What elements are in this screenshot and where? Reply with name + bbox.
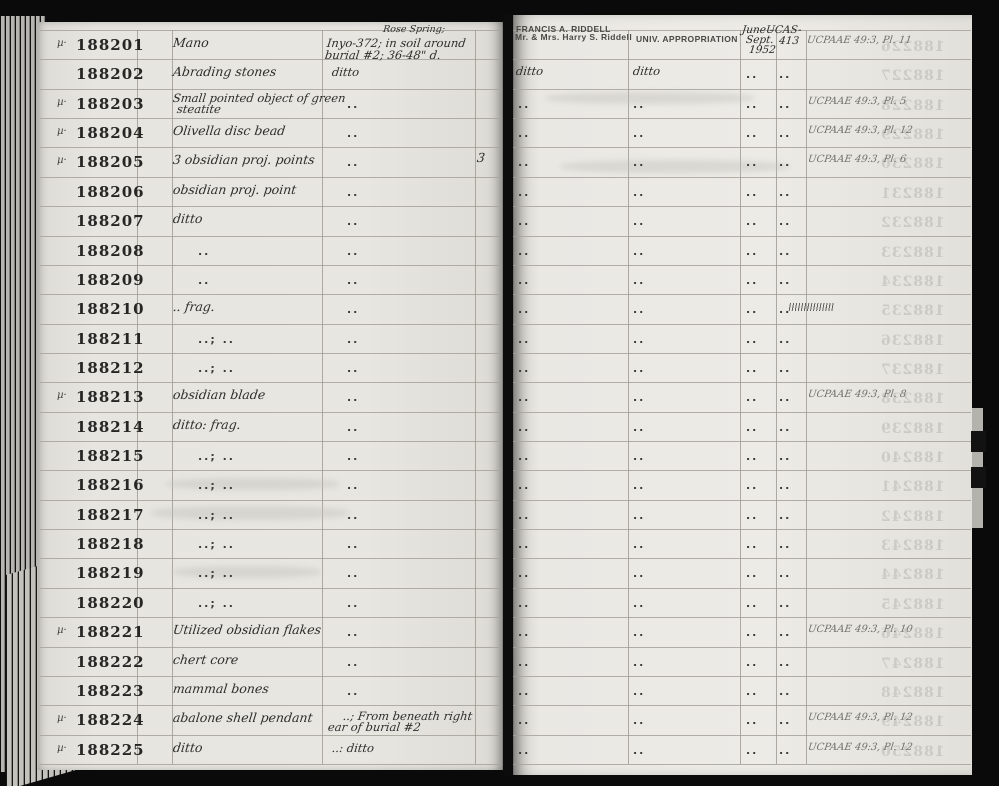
publication-ref: UCPAAE 49:3, Pl. 12 <box>807 712 913 723</box>
fund-ditto: .. <box>633 656 645 669</box>
date-ditto: .. <box>746 303 758 316</box>
date-ditto: .. <box>746 215 758 228</box>
collector-ditto: .. <box>518 597 530 610</box>
provenance: ..: ditto <box>331 741 375 755</box>
ledger-rule-line <box>40 147 502 148</box>
date-ditto: .. <box>746 391 758 404</box>
catalog-number: 188216 <box>76 476 145 494</box>
ucas-ditto: .. <box>779 597 791 610</box>
catalog-number: 188211 <box>76 330 145 348</box>
date-ditto: .. <box>746 186 758 199</box>
bleed-through-number: 188232 <box>880 215 944 231</box>
date-ditto: .. <box>746 421 758 434</box>
provenance-ditto: .. <box>347 421 359 434</box>
ledger-rule-line <box>513 294 971 295</box>
ledger-column-line <box>628 30 629 764</box>
item-description-ditto: ..; .. <box>198 509 235 522</box>
item-description-ditto: .. <box>198 245 210 258</box>
ucas-ditto: .. <box>779 509 791 522</box>
ucas-number-line2: 413 <box>778 35 800 47</box>
ledger-rule-line <box>40 324 502 325</box>
collector-ditto: ditto <box>515 64 544 78</box>
bleed-through-smudge <box>165 478 340 490</box>
item-description-ditto: ..; .. <box>198 479 235 492</box>
provenance-ditto: .. <box>347 626 359 639</box>
item-description: Mano <box>172 35 210 50</box>
date-ditto: .. <box>746 479 758 492</box>
ledger-rule-line <box>513 705 971 706</box>
date-ditto: .. <box>746 333 758 346</box>
publication-ref: UCPAAE 49:3, Pl. 10 <box>807 624 913 635</box>
bleed-through-number: 188248 <box>880 685 944 701</box>
publication-ref: UCPAAE 49:3, Pl. 5 <box>807 96 907 107</box>
ledger-column-line <box>740 30 741 764</box>
date-ditto: .. <box>746 245 758 258</box>
publication-ref: UCPAAE 49:3, Pl. 6 <box>807 154 907 165</box>
ledger-column-line <box>776 30 777 764</box>
item-description: Abrading stones <box>172 64 277 79</box>
ledger-rule-line <box>513 735 971 736</box>
publication-ref: UCPAAE 49:3, Pl. 12 <box>807 742 913 753</box>
ucas-ditto: .. <box>779 714 791 727</box>
provenance-ditto: .. <box>347 450 359 463</box>
check-mark: µ· <box>57 390 67 401</box>
provenance-ditto: .. <box>347 391 359 404</box>
ledger-rule-line <box>513 500 971 501</box>
ucas-ditto: .. <box>779 127 791 140</box>
date-ditto: .. <box>746 156 758 169</box>
fund-ditto: .. <box>633 538 645 551</box>
collector-ditto: .. <box>518 215 530 228</box>
ledger-rule-line <box>513 764 971 765</box>
bleed-through-number: 188239 <box>880 421 944 437</box>
check-mark: µ· <box>57 743 67 754</box>
scratched-out-entry <box>788 303 834 311</box>
ledger-rule-line <box>513 265 971 266</box>
date-ditto: .. <box>746 656 758 669</box>
item-description: abalone shell pendant <box>172 710 314 725</box>
publication-ref: UCPAAE 49:3, Pl. 8 <box>807 389 907 400</box>
ledger-rule-line <box>513 647 971 648</box>
provenance-ditto: .. <box>347 303 359 316</box>
provenance-ditto: .. <box>347 98 359 111</box>
catalog-number: 188201 <box>76 36 145 54</box>
fund-ditto: .. <box>633 303 645 316</box>
collector-ditto: .. <box>518 744 530 757</box>
catalog-number: 188224 <box>76 711 145 729</box>
provenance-ditto: .. <box>347 245 359 258</box>
catalog-number: 188205 <box>76 153 145 171</box>
ledger-rule-line <box>40 764 502 765</box>
provenance-ditto: .. <box>347 509 359 522</box>
collector-ditto: .. <box>518 391 530 404</box>
fund-ditto: .. <box>633 391 645 404</box>
bleed-through-number: 188247 <box>880 656 944 672</box>
ledger-rule-line <box>40 647 502 648</box>
item-description: mammal bones <box>172 681 270 696</box>
collector-stamp-line2: Mr. & Mrs. Harry S. Riddell <box>515 32 632 42</box>
bleed-through-smudge <box>150 506 350 520</box>
item-description: ditto <box>172 740 203 755</box>
ledger-rule-line <box>40 294 502 295</box>
ledger-rule-line <box>513 324 971 325</box>
ucas-ditto: .. <box>779 186 791 199</box>
collector-ditto: .. <box>518 362 530 375</box>
check-mark: µ· <box>57 38 67 49</box>
item-description-ditto: ..; .. <box>198 538 235 551</box>
fund-ditto: .. <box>633 567 645 580</box>
catalog-number: 188210 <box>76 300 145 318</box>
ledger-rule-line <box>513 617 971 618</box>
catalog-number: 188223 <box>76 682 145 700</box>
item-description: Olivella disc bead <box>172 123 286 138</box>
collector-ditto: .. <box>518 98 530 111</box>
item-description-ditto: ..; .. <box>198 362 235 375</box>
ledger-rule-line <box>40 441 502 442</box>
ledger-rule-line <box>513 353 971 354</box>
item-description-ditto: ..; .. <box>198 597 235 610</box>
fund-ditto: .. <box>633 685 645 698</box>
ucas-ditto: .. <box>779 626 791 639</box>
catalog-number: 188212 <box>76 359 145 377</box>
ledger-rule-line <box>40 382 502 383</box>
bleed-through-number: 188237 <box>880 362 944 378</box>
item-description: 3 obsidian proj. points <box>172 152 316 167</box>
ucas-ditto: .. <box>779 333 791 346</box>
collector-ditto: .. <box>518 509 530 522</box>
item-description: Utilized obsidian flakes <box>172 622 322 637</box>
fund-ditto: .. <box>633 245 645 258</box>
collector-ditto: .. <box>518 626 530 639</box>
bleed-through-number: 188234 <box>880 274 944 290</box>
provenance-ditto: .. <box>347 333 359 346</box>
provenance-ditto: .. <box>347 362 359 375</box>
date-ditto: .. <box>746 127 758 140</box>
fund-ditto: .. <box>633 333 645 346</box>
bleed-through-number: 188231 <box>880 186 944 202</box>
publication-ref: UCPAAE 49:3, Pl. 11 <box>806 35 912 46</box>
ledger-rule-line <box>513 676 971 677</box>
ledger-rule-line <box>513 206 971 207</box>
ledger-rule-line <box>40 236 502 237</box>
provenance-line2: burial #2; 36-48" d. <box>324 48 441 62</box>
item-description-ditto: ..; .. <box>198 333 235 346</box>
fund-ditto: .. <box>633 479 645 492</box>
item-description: ditto <box>172 211 203 226</box>
check-mark: µ· <box>57 625 67 636</box>
date-ditto: .. <box>746 744 758 757</box>
fund-ditto: .. <box>633 156 645 169</box>
provenance-ditto: .. <box>347 156 359 169</box>
date-ditto: .. <box>746 567 758 580</box>
catalog-number: 188225 <box>76 741 145 759</box>
date-ditto: .. <box>746 509 758 522</box>
collector-ditto: .. <box>518 186 530 199</box>
collector-ditto: .. <box>518 127 530 140</box>
fund-ditto: .. <box>633 744 645 757</box>
catalog-number: 188209 <box>76 271 145 289</box>
ledger-rule-line <box>513 558 971 559</box>
bleed-through-number: 188244 <box>880 567 944 583</box>
ledger-rule-line <box>40 588 502 589</box>
item-description: obsidian blade <box>172 387 266 402</box>
ledger-rule-line <box>40 705 502 706</box>
bleed-through-number: 188236 <box>880 333 944 349</box>
provenance-ditto: .. <box>347 274 359 287</box>
fund-ditto: .. <box>633 450 645 463</box>
ledger-rule-line <box>40 558 502 559</box>
check-mark: µ· <box>57 97 67 108</box>
binding-tab <box>971 431 986 452</box>
catalog-number: 188215 <box>76 447 145 465</box>
provenance-ditto: .. <box>347 127 359 140</box>
catalog-number: 188218 <box>76 535 145 553</box>
ucas-ditto: .. <box>779 245 791 258</box>
collector-ditto: .. <box>518 303 530 316</box>
fund-ditto: .. <box>633 274 645 287</box>
check-mark: µ· <box>57 126 67 137</box>
date-ditto: .. <box>746 274 758 287</box>
provenance-ditto: .. <box>347 656 359 669</box>
catalog-number: 188203 <box>76 95 145 113</box>
collector-ditto: .. <box>518 421 530 434</box>
provenance-ditto: .. <box>347 685 359 698</box>
ucas-ditto: .. <box>779 391 791 404</box>
fund-ditto: .. <box>633 186 645 199</box>
ledger-rule-line <box>40 735 502 736</box>
provenance-line2: ear of burial #2 <box>327 720 421 734</box>
fund-ditto: .. <box>633 215 645 228</box>
fund-ditto: ditto <box>632 64 661 78</box>
ledger-column-line <box>322 30 323 764</box>
bleed-through-smudge <box>172 566 322 578</box>
collector-ditto: .. <box>518 156 530 169</box>
ucas-ditto: .. <box>779 98 791 111</box>
page-gutter <box>502 14 514 776</box>
date-ditto: .. <box>746 362 758 375</box>
ucas-ditto: .. <box>779 68 791 81</box>
provenance-note: Rose Spring; <box>382 24 445 35</box>
item-description: chert core <box>172 652 239 667</box>
catalog-number: 188217 <box>76 506 145 524</box>
bleed-through-number: 188242 <box>880 509 944 525</box>
ledger-rule-line <box>40 265 502 266</box>
bleed-through-number: 188240 <box>880 450 944 466</box>
ucas-ditto: .. <box>779 156 791 169</box>
catalog-number: 188213 <box>76 388 145 406</box>
item-description: obsidian proj. point <box>172 182 297 197</box>
ledger-rule-line <box>40 500 502 501</box>
date-ditto: .. <box>746 538 758 551</box>
bleed-through-smudge <box>545 92 755 104</box>
catalog-number: 188202 <box>76 65 145 83</box>
item-description-line2: steatite <box>176 102 222 116</box>
ledger-rule-line <box>40 118 502 119</box>
ucas-ditto: .. <box>779 567 791 580</box>
fund-ditto: .. <box>633 362 645 375</box>
fund-ditto: .. <box>633 714 645 727</box>
date-ditto: .. <box>746 685 758 698</box>
publication-ref: UCPAAE 49:3, Pl. 12 <box>807 125 913 136</box>
ledger-scan: µ·188201ManoRose Spring;Inyo-372; in soi… <box>0 0 999 786</box>
provenance-ditto: .. <box>347 215 359 228</box>
item-description-ditto: .. <box>198 274 210 287</box>
ledger-rule-line <box>513 441 971 442</box>
catalog-number: 188220 <box>76 594 145 612</box>
ucas-ditto: .. <box>779 215 791 228</box>
item-description-ditto: ..; .. <box>198 450 235 463</box>
ucas-ditto: .. <box>779 450 791 463</box>
date-ditto: .. <box>746 68 758 81</box>
fund-ditto: .. <box>633 127 645 140</box>
catalog-number: 188207 <box>76 212 145 230</box>
collector-ditto: .. <box>518 685 530 698</box>
item-description-ditto: ..; .. <box>198 567 235 580</box>
provenance-ditto: .. <box>347 186 359 199</box>
collector-ditto: .. <box>518 333 530 346</box>
ledger-rule-line <box>513 529 971 530</box>
bleed-through-number: 188235 <box>880 303 944 319</box>
date-ditto: .. <box>746 450 758 463</box>
ledger-rule-line <box>513 382 971 383</box>
date-ditto: .. <box>746 714 758 727</box>
ledger-rule-line <box>513 177 971 178</box>
check-mark: µ· <box>57 155 67 166</box>
collector-ditto: .. <box>518 656 530 669</box>
date-line3: 1952 <box>748 44 776 56</box>
bleed-through-number: 188241 <box>880 479 944 495</box>
ledger-rule-line <box>513 118 971 119</box>
check-mark: µ· <box>57 713 67 724</box>
ledger-rule-line <box>40 529 502 530</box>
ledger-rule-line <box>40 412 502 413</box>
ledger-rule-line <box>40 89 502 90</box>
fund-ditto: .. <box>633 597 645 610</box>
ledger-rule-line <box>513 89 971 90</box>
provenance-ditto: .. <box>347 479 359 492</box>
bleed-through-number: 188233 <box>880 245 944 261</box>
date-ditto: .. <box>746 626 758 639</box>
ledger-rule-line <box>513 412 971 413</box>
catalog-number: 188204 <box>76 124 145 142</box>
catalog-number: 188214 <box>76 418 145 436</box>
ucas-ditto: .. <box>779 479 791 492</box>
collector-ditto: .. <box>518 245 530 258</box>
ledger-rule-line <box>40 177 502 178</box>
bleed-through-number: 188243 <box>880 538 944 554</box>
collector-ditto: .. <box>518 479 530 492</box>
bleed-through-number: 188227 <box>880 68 944 84</box>
ledger-rule-line <box>513 236 971 237</box>
ucas-ditto: .. <box>779 274 791 287</box>
fund-stamp: UNIV. APPROPRIATION <box>636 34 738 44</box>
catalog-number: 188219 <box>76 564 145 582</box>
date-ditto: .. <box>746 98 758 111</box>
ledger-column-line <box>475 30 476 764</box>
binding-tab <box>971 467 986 488</box>
bleed-through-number: 188245 <box>880 597 944 613</box>
date-ditto: .. <box>746 597 758 610</box>
collector-ditto: .. <box>518 714 530 727</box>
fund-ditto: .. <box>633 421 645 434</box>
catalog-number: 188206 <box>76 183 145 201</box>
ucas-ditto: .. <box>779 362 791 375</box>
ledger-rule-line <box>40 617 502 618</box>
ledger-rule-line <box>513 59 971 60</box>
collector-ditto: .. <box>518 538 530 551</box>
collector-ditto: .. <box>518 567 530 580</box>
ledger-rule-line <box>40 676 502 677</box>
ledger-rule-line <box>40 353 502 354</box>
ucas-ditto: .. <box>779 685 791 698</box>
catalog-number: 188208 <box>76 242 145 260</box>
ledger-rule-line <box>513 147 971 148</box>
ucas-ditto: .. <box>779 421 791 434</box>
fund-ditto: .. <box>633 98 645 111</box>
catalog-number: 188221 <box>76 623 145 641</box>
ledger-rule-line <box>40 470 502 471</box>
ledger-rule-line <box>40 206 502 207</box>
collector-ditto: .. <box>518 450 530 463</box>
fund-ditto: .. <box>633 509 645 522</box>
ledger-rule-line <box>513 470 971 471</box>
provenance-ditto: .. <box>347 567 359 580</box>
item-description: .. frag. <box>172 299 216 314</box>
catalog-number: 188222 <box>76 653 145 671</box>
ucas-ditto: .. <box>779 744 791 757</box>
ucas-ditto: .. <box>779 538 791 551</box>
ledger-rule-line <box>513 588 971 589</box>
provenance: ditto <box>331 65 360 79</box>
collector-ditto: .. <box>518 274 530 287</box>
item-description: ditto: frag. <box>172 417 242 432</box>
fund-ditto: .. <box>633 626 645 639</box>
ucas-ditto: .. <box>779 656 791 669</box>
provenance-ditto: .. <box>347 597 359 610</box>
provenance-ditto: .. <box>347 538 359 551</box>
